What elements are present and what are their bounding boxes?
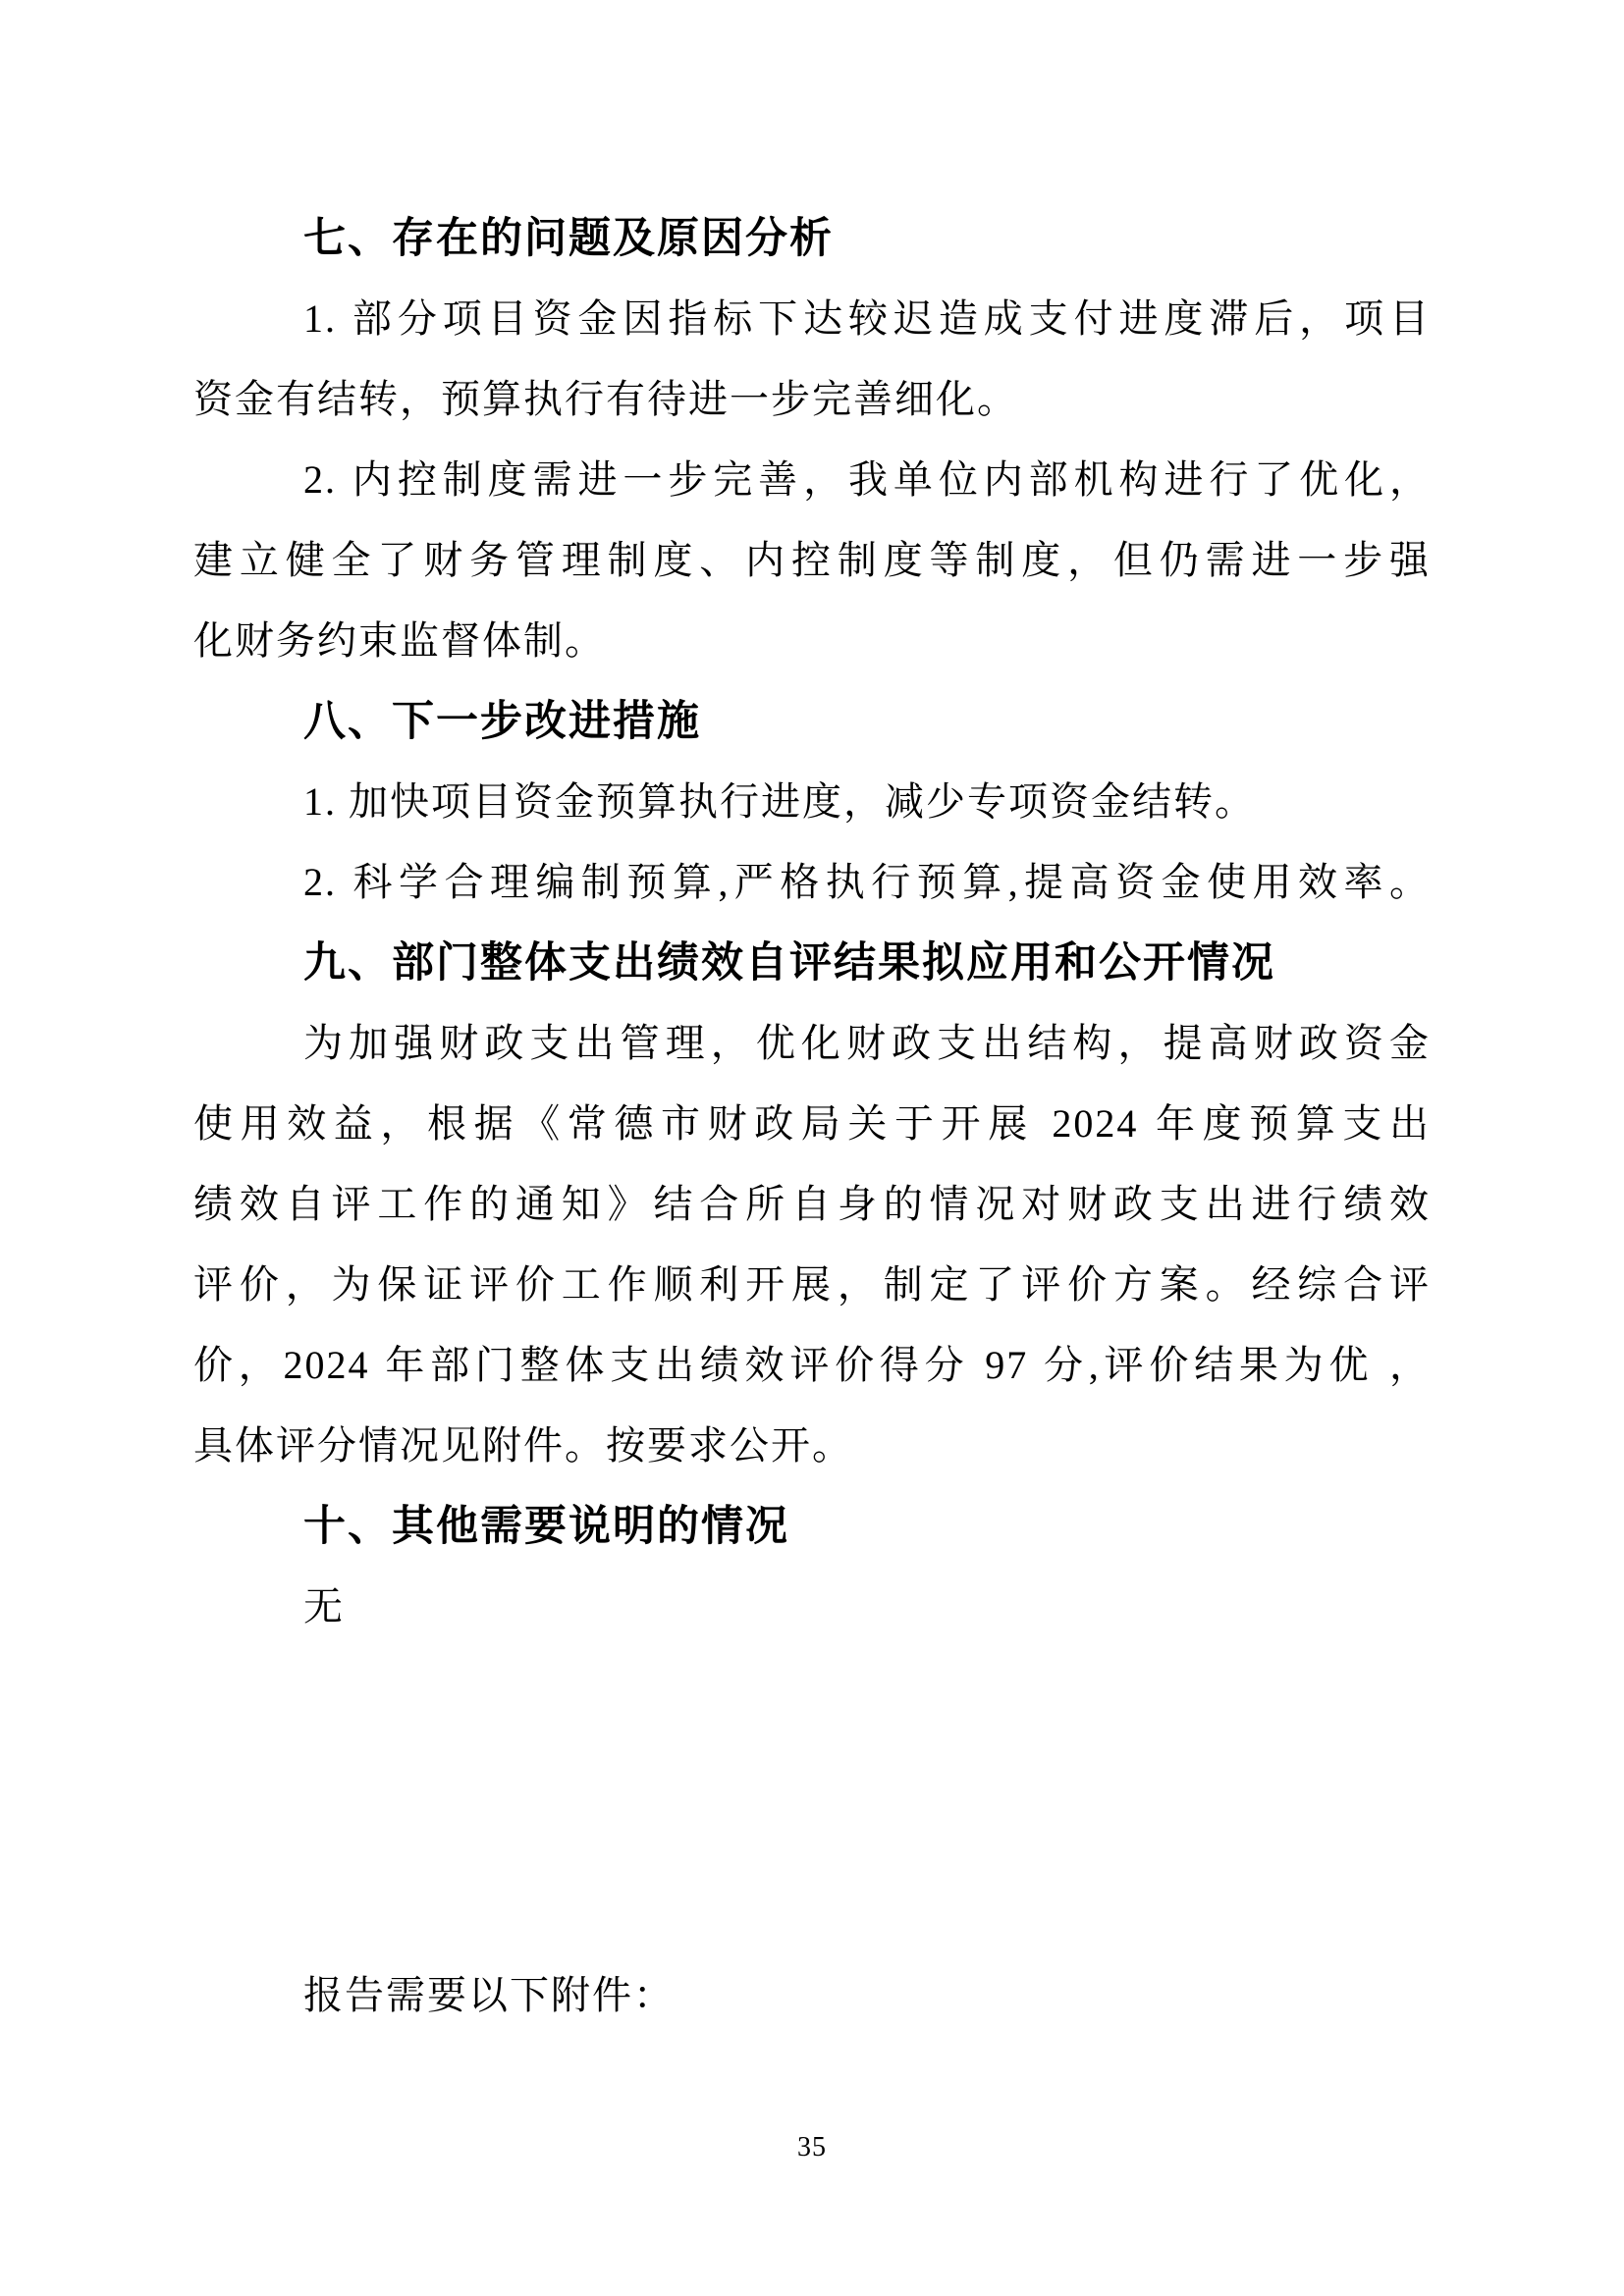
body-line: 无	[193, 1567, 1431, 1647]
section-heading-9: 九、部门整体支出绩效自评结果拟应用和公开情况	[193, 923, 1431, 1003]
body-line: 具体评分情况见附件。按要求公开。	[193, 1406, 1431, 1486]
vertical-gap	[193, 1647, 1431, 1955]
attachment-note: 报告需要以下附件：	[193, 1955, 1431, 2036]
body-line: 2. 科学合理编制预算,严格执行预算,提高资金使用效率。	[193, 842, 1431, 923]
body-line: 2. 内控制度需进一步完善，我单位内部机构进行了优化，	[193, 440, 1431, 520]
body-line: 评价，为保证评价工作顺利开展，制定了评价方案。经综合评	[193, 1245, 1431, 1325]
body-line: 使用效益，根据《常德市财政局关于开展 2024 年度预算支出	[193, 1084, 1431, 1164]
body-line: 资金有结转，预算执行有待进一步完善细化。	[193, 359, 1431, 440]
document-body: 七、存在的问题及原因分析 1. 部分项目资金因指标下达较迟造成支付进度滞后，项目…	[193, 198, 1431, 2036]
section-heading-8: 八、下一步改进措施	[193, 681, 1431, 762]
body-line: 1. 部分项目资金因指标下达较迟造成支付进度滞后，项目	[193, 279, 1431, 359]
section-heading-7: 七、存在的问题及原因分析	[193, 198, 1431, 279]
body-line: 1. 加快项目资金预算执行进度，减少专项资金结转。	[193, 762, 1431, 842]
body-line: 价，2024 年部门整体支出绩效评价得分 97 分,评价结果为优 ，	[193, 1325, 1431, 1406]
body-line: 绩效自评工作的通知》结合所自身的情况对财政支出进行绩效	[193, 1164, 1431, 1245]
body-line: 化财务约束监督体制。	[193, 601, 1431, 681]
body-line: 建立健全了财务管理制度、内控制度等制度，但仍需进一步强	[193, 520, 1431, 601]
document-page: 七、存在的问题及原因分析 1. 部分项目资金因指标下达较迟造成支付进度滞后，项目…	[0, 0, 1624, 2296]
page-number: 35	[0, 2128, 1624, 2167]
section-heading-10: 十、其他需要说明的情况	[193, 1486, 1431, 1567]
body-line: 为加强财政支出管理，优化财政支出结构，提高财政资金	[193, 1003, 1431, 1084]
